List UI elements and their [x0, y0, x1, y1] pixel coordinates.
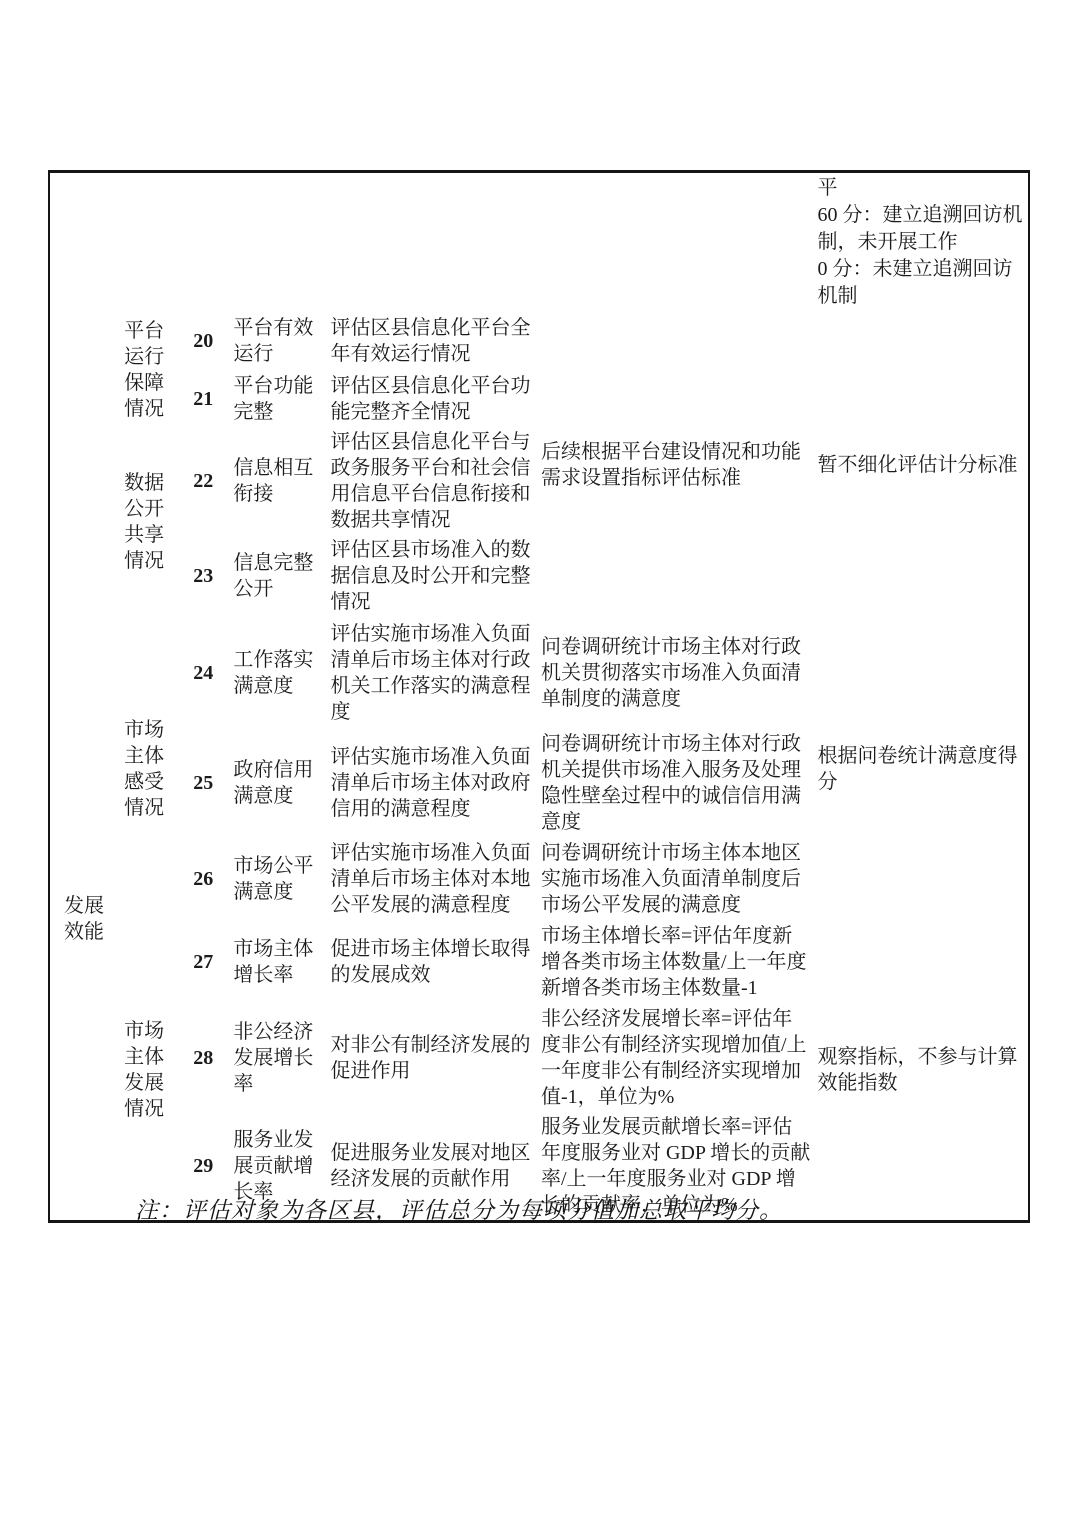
row-number: 23 [181, 535, 225, 617]
group-cell-platform: 平台运行保障情况 [115, 312, 181, 427]
scoring-standard-merged: 根据问卷统计满意度得分 [815, 617, 1029, 920]
indicator-name: 平台功能完整 [225, 370, 325, 427]
indicator-description: 对非公有制经济发展的促进作用 [326, 1004, 536, 1112]
group-cell-data-sharing: 数据公开共享情况 [115, 427, 181, 617]
indicator-name: 平台有效运行 [225, 312, 325, 370]
table-row: 平 60 分：建立追溯回访机制，未开展工作 0 分：未建立追溯回访机制 [49, 172, 1029, 313]
evaluation-method: 非公经济发展增长率=评估年度非公有制经济实现增加值/上一年度非公有制经济实现增加… [536, 1004, 815, 1112]
evaluation-method: 问卷调研统计市场主体对行政机关贯彻落实市场准入负面清单制度的满意度 [536, 617, 815, 729]
evaluation-method-merged: 后续根据平台建设情况和功能需求设置指标评估标准 [536, 312, 815, 617]
footnote: 注：评估对象为各区县，评估总分为每项分值加总取平均分。 [135, 1192, 895, 1225]
row-number: 26 [181, 837, 225, 920]
indicator-name: 工作落实满意度 [225, 617, 325, 729]
indicator-description: 评估实施市场准入负面清单后市场主体对本地公平发展的满意程度 [326, 837, 536, 920]
indicator-description: 评估区县信息化平台与政务服务平台和社会信用信息平台信息衔接和数据共享情况 [326, 427, 536, 535]
evaluation-method: 问卷调研统计市场主体本地区实施市场准入负面清单制度后市场公平发展的满意度 [536, 837, 815, 920]
document-page: { "page": { "note": "注：评估对象为各区县，评估总分为每项分… [0, 0, 1074, 1520]
row-number: 22 [181, 427, 225, 535]
row-number: 25 [181, 729, 225, 837]
indicator-name: 市场公平满意度 [225, 837, 325, 920]
indicator-name: 市场主体增长率 [225, 920, 325, 1004]
row-number: 27 [181, 920, 225, 1004]
row-number: 28 [181, 1004, 225, 1112]
indicator-description: 评估实施市场准入负面清单后市场主体对政府信用的满意程度 [326, 729, 536, 837]
scoring-standard-merged: 暂不细化评估计分标准 [815, 312, 1029, 617]
indicator-description: 评估区县市场准入的数据信息及时公开和完整情况 [326, 535, 536, 617]
group-cell-market-perception: 市场主体感受情况 [115, 617, 181, 920]
scoring-standard-merged: 观察指标，不参与计算效能指数 [815, 920, 1029, 1222]
table-row: 市场主体发展情况 27 市场主体增长率 促进市场主体增长取得的发展成效 市场主体… [49, 920, 1029, 1004]
row-number: 24 [181, 617, 225, 729]
indicator-description: 评估区县信息化平台功能完整齐全情况 [326, 370, 536, 427]
row-number: 21 [181, 370, 225, 427]
table-row: 平台运行保障情况 20 平台有效运行 评估区县信息化平台全年有效运行情况 后续根… [49, 312, 1029, 370]
indicator-description: 评估实施市场准入负面清单后市场主体对行政机关工作落实的满意程度 [326, 617, 536, 729]
evaluation-method: 问卷调研统计市场主体对行政机关提供市场准入服务及处理隐性壁垒过程中的诚信信用满意… [536, 729, 815, 837]
indicator-name: 信息相互衔接 [225, 427, 325, 535]
row-number: 20 [181, 312, 225, 370]
category-cell-development-efficiency: 发展效能 [49, 617, 115, 1222]
category-cell-empty [49, 172, 115, 618]
evaluation-method: 市场主体增长率=评估年度新增各类市场主体数量/上一年度新增各类市场主体数量-1 [536, 920, 815, 1004]
evaluation-table: 平 60 分：建立追溯回访机制，未开展工作 0 分：未建立追溯回访机制 平台运行… [48, 170, 1030, 1223]
indicator-name: 政府信用满意度 [225, 729, 325, 837]
indicator-description: 促进市场主体增长取得的发展成效 [326, 920, 536, 1004]
indicator-description: 评估区县信息化平台全年有效运行情况 [326, 312, 536, 370]
scoring-standard-continuation: 平 60 分：建立追溯回访机制，未开展工作 0 分：未建立追溯回访机制 [815, 172, 1029, 313]
indicator-name: 信息完整公开 [225, 535, 325, 617]
table-row: 发展效能 市场主体感受情况 24 工作落实满意度 评估实施市场准入负面清单后市场… [49, 617, 1029, 729]
group-cell-market-development: 市场主体发展情况 [115, 920, 181, 1222]
evaluation-table-frame: 平 60 分：建立追溯回访机制，未开展工作 0 分：未建立追溯回访机制 平台运行… [48, 170, 1030, 1223]
empty-cell [115, 172, 814, 313]
indicator-name: 非公经济发展增长率 [225, 1004, 325, 1112]
